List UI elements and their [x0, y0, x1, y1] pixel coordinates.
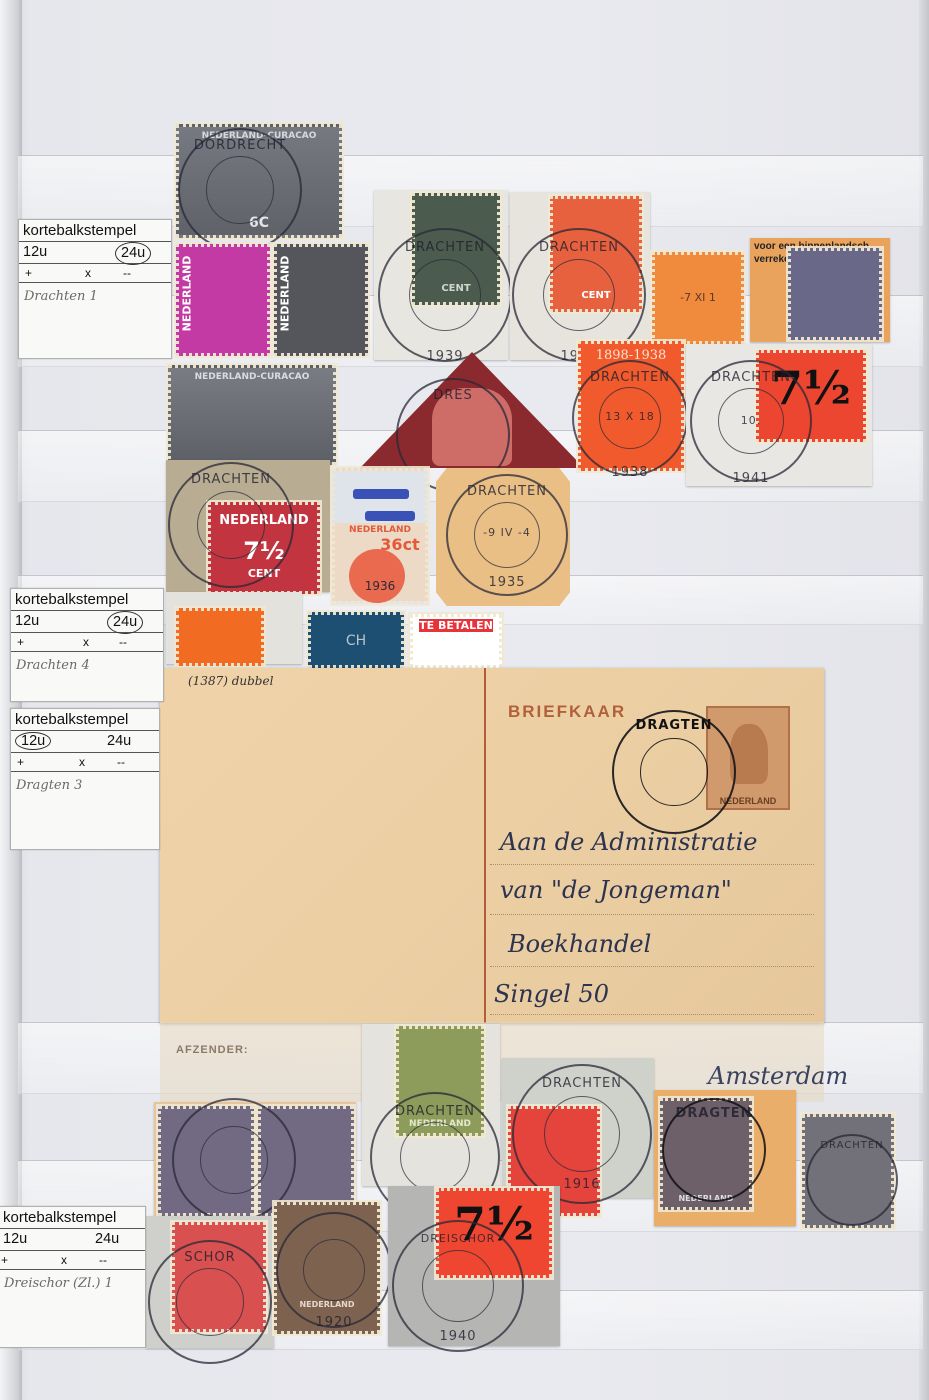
stamp[interactable]: NEDERLAND — [274, 1202, 380, 1334]
stamp[interactable]: NEDERLAND-CURACAO — [168, 365, 336, 465]
stamp[interactable] — [802, 1114, 894, 1228]
stamp[interactable]: NEDERLAND 7½ CENT — [208, 502, 320, 594]
stamp-label-card: kortebalkstempel 12u24u +x-- Drachten 1 — [18, 219, 172, 359]
stamp[interactable]: 7½ — [756, 350, 866, 442]
address-line: Aan de Administratie — [500, 828, 757, 856]
cut-square-envelope[interactable] — [436, 468, 570, 606]
portrait-icon — [349, 549, 405, 603]
portrait-icon — [730, 724, 768, 784]
stamp[interactable]: NEDERLAND — [660, 1098, 752, 1210]
indicium-stamp: NEDERLAND — [706, 706, 790, 810]
stamp[interactable]: NEDERLAND — [274, 244, 368, 356]
sender-label: AFZENDER: — [176, 1044, 249, 1056]
stamp[interactable]: 1898-1938 — [578, 341, 684, 471]
stamp[interactable] — [172, 1222, 266, 1332]
stamp[interactable]: -7 XI 1 — [652, 252, 744, 344]
stamp[interactable] — [176, 608, 264, 666]
stamp[interactable]: NEDERLAND-CURACAO 6C — [176, 124, 342, 238]
stamp[interactable]: 7½ — [436, 1188, 552, 1278]
stamp[interactable] — [258, 1106, 354, 1216]
stamp[interactable]: TE BETALEN — [410, 614, 502, 668]
stamp[interactable] — [788, 248, 882, 340]
stamp-label-card: kortebalkstempel 12u24u +x-- Dragten 3 — [10, 708, 160, 850]
triangle-stamp-portrait — [432, 388, 512, 466]
postcard-title: BRIEFKAAR — [508, 702, 626, 722]
postcard-divider — [484, 668, 486, 1023]
address-line: van "de Jongeman" — [500, 876, 732, 904]
stamp[interactable]: NEDERLAND — [396, 1026, 484, 1136]
stamp[interactable]: CH — [308, 612, 404, 668]
stamp-label-card: kortebalkstempel 12u24u +x-- Drachten 4 — [10, 588, 164, 702]
airplane-icon — [353, 489, 409, 499]
airplane-icon — [365, 511, 415, 521]
stamp[interactable]: NEDERLAND 36ct 1936 — [332, 468, 428, 604]
stamp[interactable] — [158, 1106, 254, 1216]
address-line: Singel 50 — [494, 980, 609, 1008]
postcard[interactable]: (1387) dubbel BRIEFKAAR NEDERLAND DRAGTE… — [160, 668, 824, 1023]
address-line: Amsterdam — [708, 1062, 848, 1090]
stamp[interactable]: NEDERLAND — [176, 244, 270, 356]
address-line: Boekhandel — [508, 930, 651, 958]
stamp[interactable]: CENT — [550, 196, 642, 312]
stamp[interactable]: CENT — [412, 193, 500, 305]
stamp-label-card: kortebalkstempel 12u24u +x-- Dreischor (… — [0, 1206, 146, 1348]
